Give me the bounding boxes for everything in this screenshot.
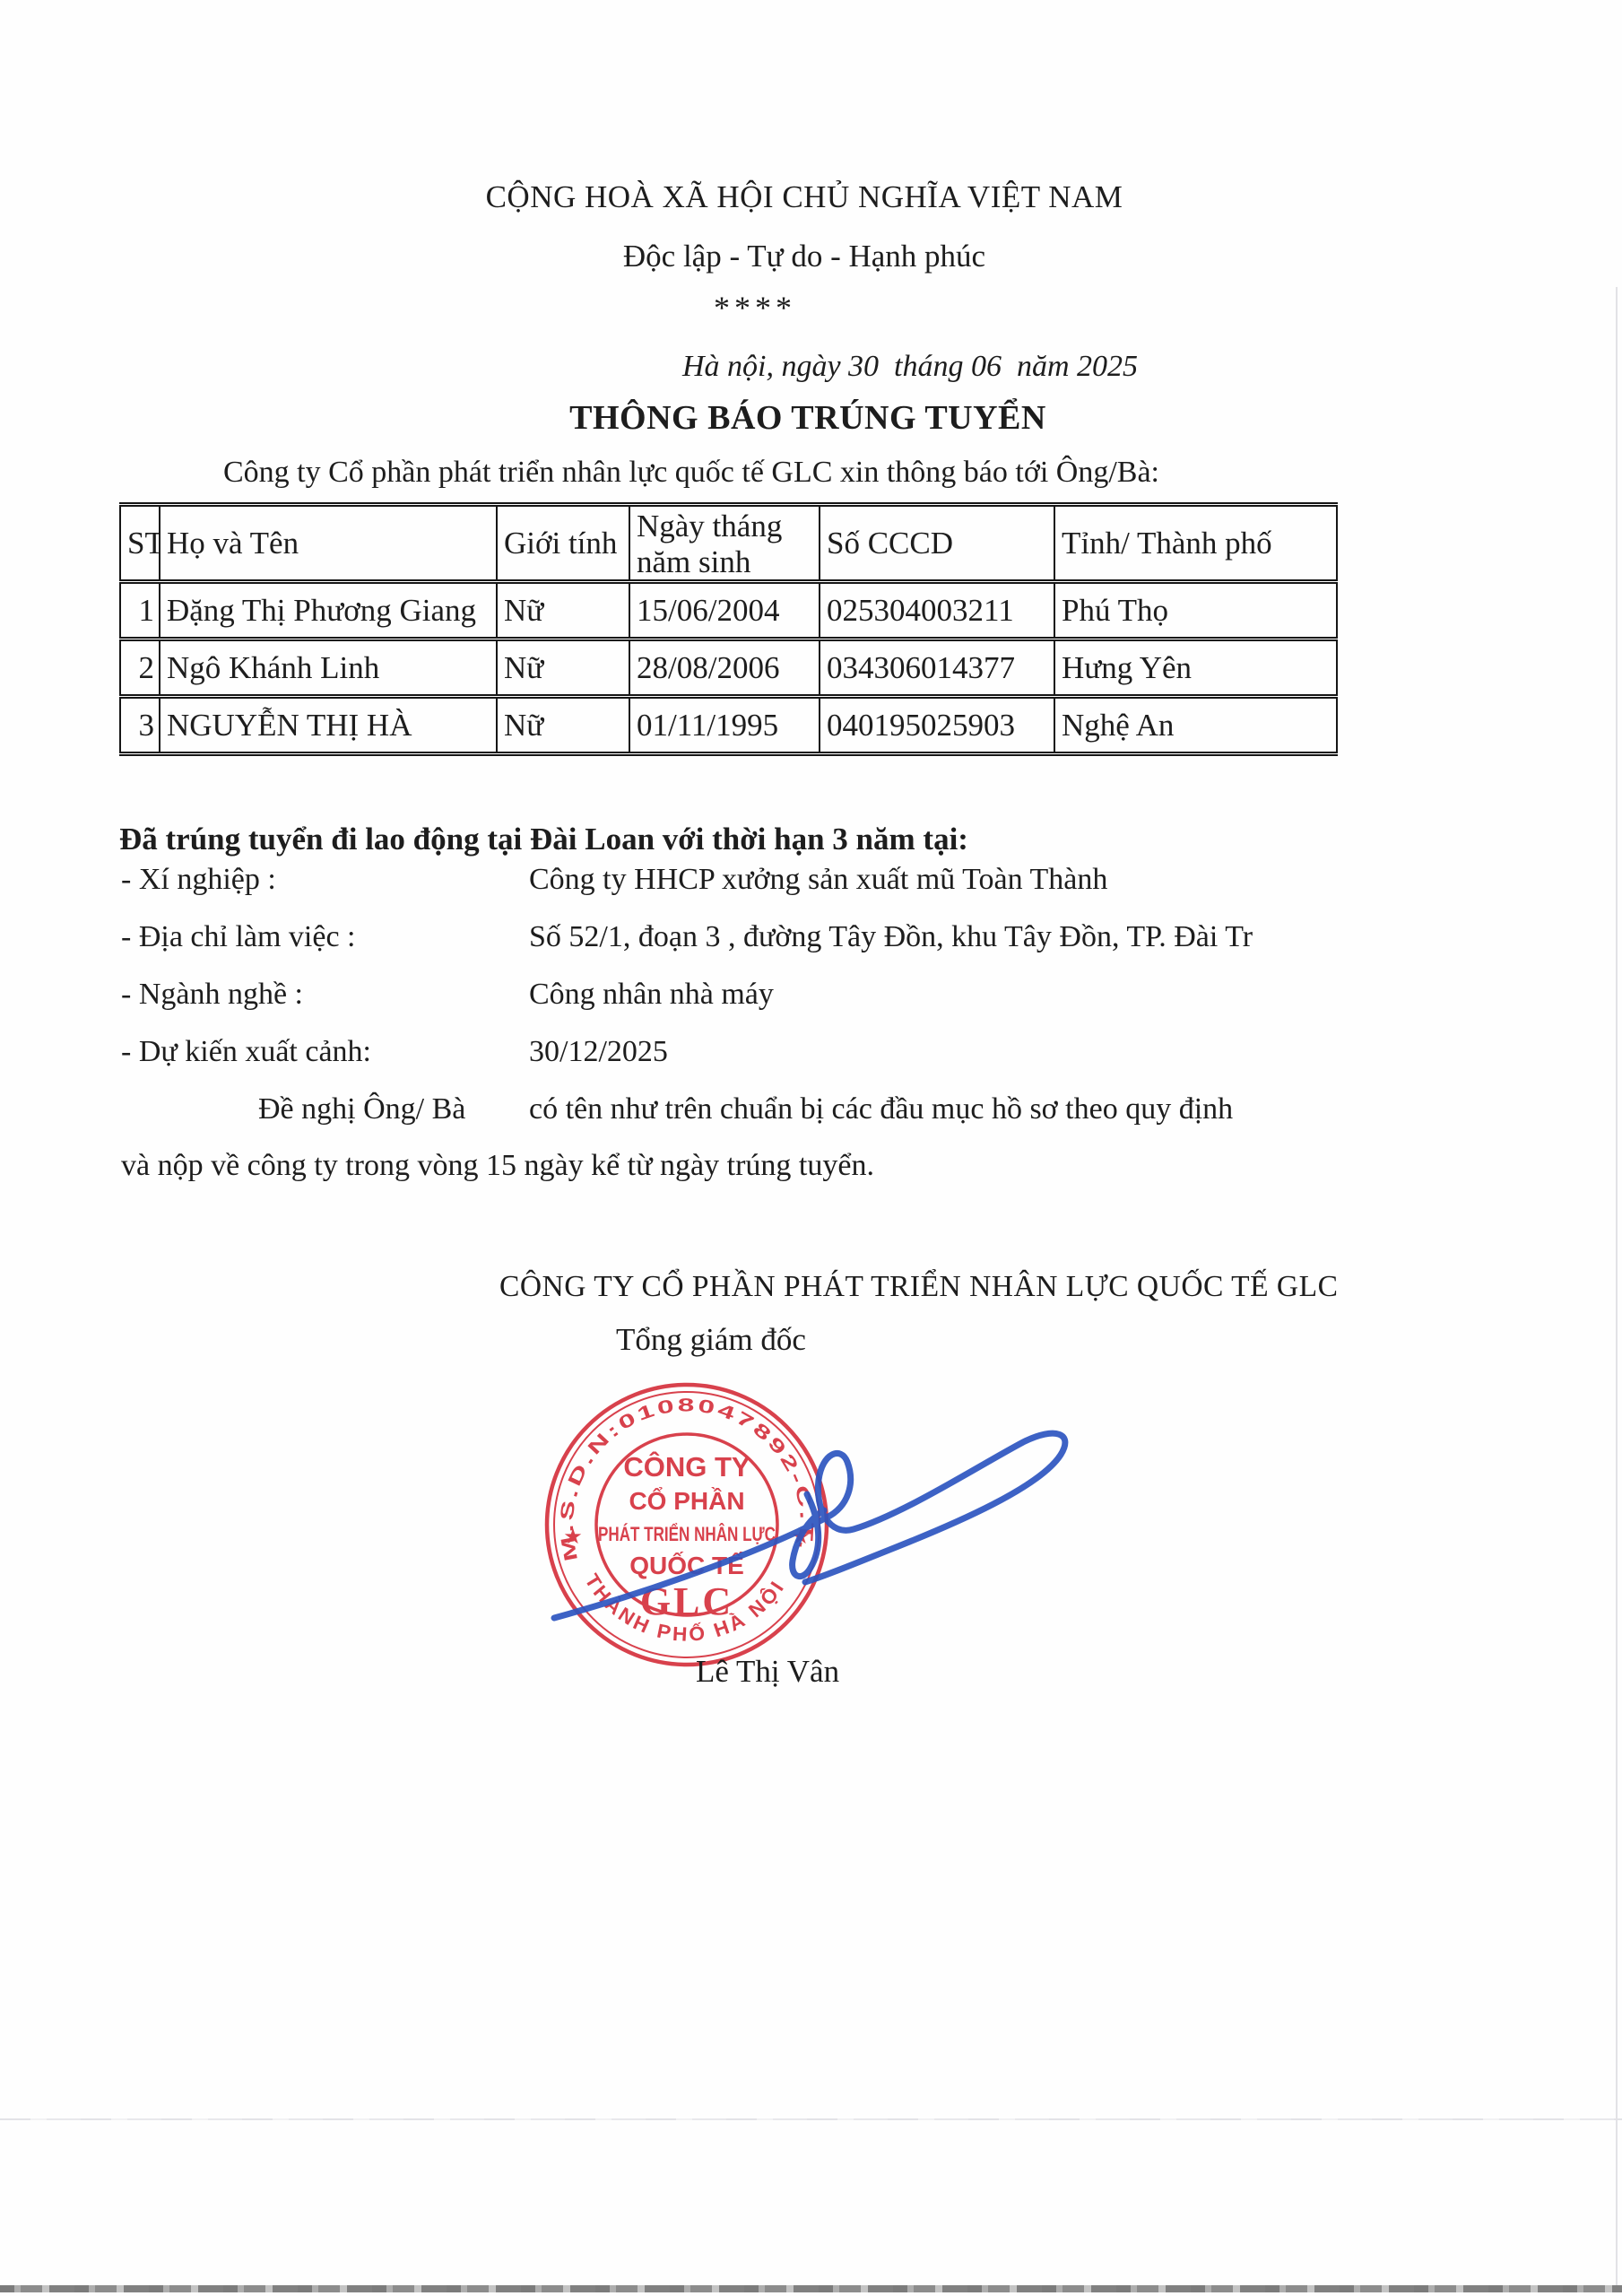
column-header-st: ST — [120, 505, 160, 582]
national-motto: Độc lập - Tự do - Hạnh phúc — [623, 239, 985, 274]
header-separator-stars: **** — [714, 289, 796, 326]
cell-dob: 15/06/2004 — [629, 582, 820, 639]
detail-label: Đề nghị Ông/ Bà — [258, 1092, 465, 1126]
cell-gender: Nữ — [497, 639, 629, 697]
detail-value: Công ty HHCP xưởng sản xuất mũ Toàn Thàn… — [529, 863, 1107, 897]
cell-province: Nghệ An — [1054, 697, 1337, 754]
date-place-line: Hà nội, ngày 30 tháng 06 năm 2025 — [682, 350, 1138, 384]
signer-title: Tổng giám đốc — [616, 1322, 806, 1358]
cell-gender: Nữ — [497, 582, 629, 639]
cell-cccd: 040195025903 — [820, 697, 1054, 754]
table-row: 1 Đặng Thị Phương Giang Nữ 15/06/2004 02… — [120, 582, 1337, 639]
handwritten-signature — [538, 1408, 1085, 1632]
column-header-province: Tỉnh/ Thành phố — [1054, 505, 1337, 582]
column-header-cccd: Số CCCD — [820, 505, 1054, 582]
cell-name: Ngô Khánh Linh — [160, 639, 497, 697]
scanned-document-page: CỘNG HOÀ XÃ HỘI CHỦ NGHĨA VIỆT NAM Độc l… — [0, 0, 1622, 2296]
column-header-gender: Giới tính — [497, 505, 629, 582]
cell-cccd: 025304003211 — [820, 582, 1054, 639]
cell-dob: 28/08/2006 — [629, 639, 820, 697]
table-header-row: ST Họ và Tên Giới tính Ngày tháng năm si… — [120, 505, 1337, 582]
detail-row-address: - Địa chỉ làm việc : Số 52/1, đoạn 3 , đ… — [121, 920, 1622, 960]
detail-value: Số 52/1, đoạn 3 , đường Tây Đồn, khu Tây… — [529, 920, 1253, 954]
detail-value: 30/12/2025 — [529, 1035, 668, 1069]
table-row: 2 Ngô Khánh Linh Nữ 28/08/2006 034306014… — [120, 639, 1337, 697]
cell-index: 1 — [120, 582, 160, 639]
detail-row-occupation: - Ngành nghề : Công nhân nhà máy — [121, 978, 1622, 1017]
cell-name: NGUYỄN THỊ HÀ — [160, 697, 497, 754]
signing-company-line: CÔNG TY CỔ PHẦN PHÁT TRIỂN NHÂN LỰC QUỐC… — [499, 1270, 1338, 1304]
detail-value: có tên như trên chuẩn bị các đầu mục hồ … — [529, 1092, 1233, 1126]
cell-province: Phú Thọ — [1054, 582, 1337, 639]
detail-value: Công nhân nhà máy — [529, 978, 774, 1012]
cell-index: 3 — [120, 697, 160, 754]
column-header-name: Họ và Tên — [160, 505, 497, 582]
scan-artifact-bottom-edge — [0, 2285, 1622, 2292]
cell-name: Đặng Thị Phương Giang — [160, 582, 497, 639]
document-title: THÔNG BÁO TRÚNG TUYỂN — [569, 398, 1046, 438]
intro-line: Công ty Cổ phần phát triển nhân lực quốc… — [223, 456, 1159, 490]
detail-row-departure: - Dự kiến xuất cảnh: 30/12/2025 — [121, 1035, 1622, 1074]
scan-artifact-right-edge — [1616, 287, 1618, 2285]
candidates-table: ST Họ và Tên Giới tính Ngày tháng năm si… — [119, 502, 1338, 756]
cell-cccd: 034306014377 — [820, 639, 1054, 697]
cell-gender: Nữ — [497, 697, 629, 754]
detail-label: - Xí nghiệp : — [121, 863, 276, 897]
detail-label: - Địa chỉ làm việc : — [121, 920, 356, 954]
result-heading: Đã trúng tuyển đi lao động tại Đài Loan … — [119, 822, 968, 857]
signer-name: Lê Thị Vân — [696, 1654, 839, 1690]
detail-label: - Ngành nghề : — [121, 978, 303, 1012]
column-header-dob: Ngày tháng năm sinh — [629, 505, 820, 582]
detail-row-request: Đề nghị Ông/ Bà có tên như trên chuẩn bị… — [121, 1092, 1622, 1132]
table-row: 3 NGUYỄN THỊ HÀ Nữ 01/11/1995 0401950259… — [120, 697, 1337, 754]
scan-artifact-line — [0, 2118, 1622, 2120]
cell-index: 2 — [120, 639, 160, 697]
detail-label: - Dự kiến xuất cảnh: — [121, 1035, 371, 1069]
national-title: CỘNG HOÀ XÃ HỘI CHỦ NGHĨA VIỆT NAM — [486, 179, 1123, 215]
closing-line: và nộp về công ty trong vòng 15 ngày kể … — [121, 1149, 874, 1183]
cell-dob: 01/11/1995 — [629, 697, 820, 754]
cell-province: Hưng Yên — [1054, 639, 1337, 697]
detail-row-factory: - Xí nghiệp : Công ty HHCP xưởng sản xuấ… — [121, 863, 1622, 902]
